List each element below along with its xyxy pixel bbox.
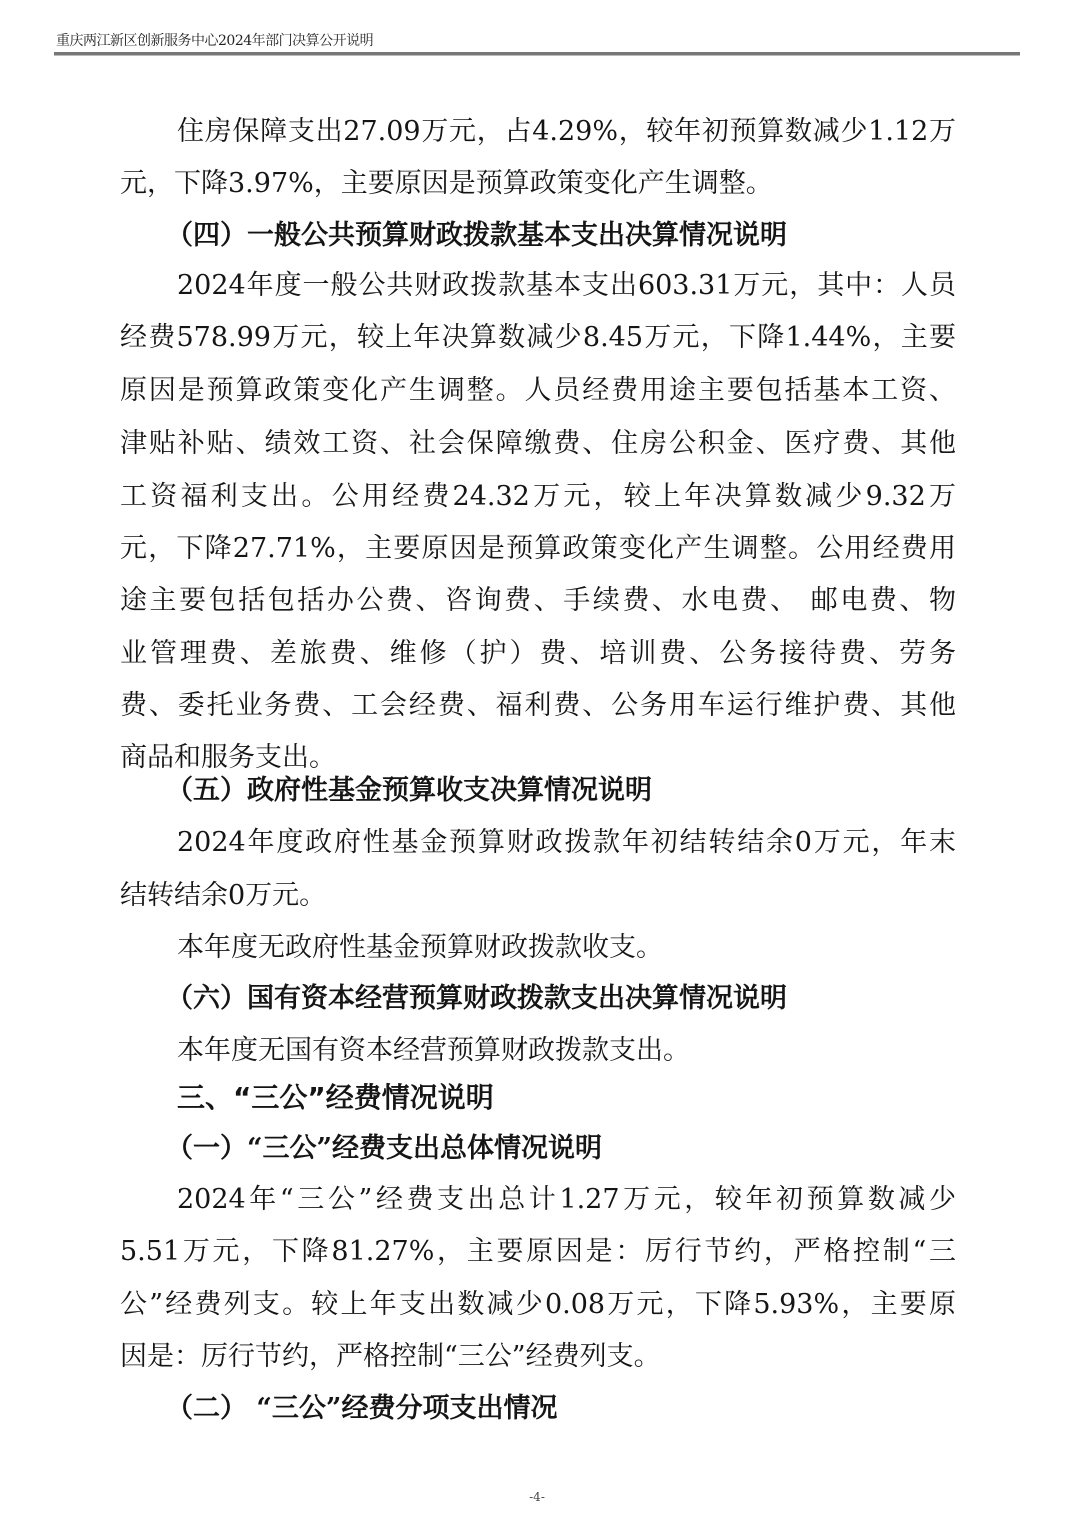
paragraph-first-line: 2024年度一般公共财政拨款基本支出603.31万元，其中：人员 (177, 270, 956, 302)
paragraph-first-line: 2024年度政府性基金预算财政拨款年初结转结余0万元，年末 (177, 827, 956, 859)
subsection-heading: （五）政府性基金预算收支决算情况说明 (166, 775, 1006, 807)
subsection-heading: （六）国有资本经营预算财政拨款支出决算情况说明 (166, 983, 1006, 1015)
header-title: 重庆两江新区创新服务中心2024年部门决算公开说明 (56, 30, 373, 50)
text-line: 结转结余0万元。 (120, 880, 960, 912)
page-number: -4- (0, 1490, 1074, 1504)
paragraph-first-line: 本年度无政府性基金预算财政拨款收支。 (177, 932, 956, 964)
text-line: 5.51万元，下降81.27%，主要原因是：厉行节约，严格控制“三 (120, 1236, 956, 1268)
subsection-heading: （二） “三公”经费分项支出情况 (166, 1393, 1006, 1425)
paragraph-first-line: 住房保障支出27.09万元，占4.29%，较年初预算数减少1.12万 (177, 116, 956, 148)
text-line: 公”经费列支。较上年支出数减少0.08万元，下降5.93%，主要原 (120, 1289, 956, 1321)
paragraph-first-line: 2024年“三公”经费支出总计1.27万元，较年初预算数减少 (177, 1184, 956, 1216)
text-line: 经费578.99万元，较上年决算数减少8.45万元，下降1.44%，主要 (120, 322, 956, 354)
text-line: 元，下降3.97%，主要原因是预算政策变化产生调整。 (120, 168, 960, 200)
text-line: 元，下降27.71%，主要原因是预算政策变化产生调整。公用经费用 (120, 533, 956, 565)
section-heading: 三、“三公”经费情况说明 (177, 1082, 1017, 1114)
text-line: 途主要包括包括办公费、咨询费、手续费、水电费、 邮电费、物 (120, 585, 956, 617)
text-line: 津贴补贴、绩效工资、社会保障缴费、住房公积金、医疗费、其他 (120, 428, 956, 460)
text-line: 费、委托业务费、工会经费、福利费、公务用车运行维护费、其他 (120, 690, 956, 722)
text-line: 原因是预算政策变化产生调整。人员经费用途主要包括基本工资、 (120, 375, 956, 407)
header-divider (54, 52, 1020, 56)
text-line: 业管理费、差旅费、维修（护）费、培训费、公务接待费、劳务 (120, 638, 956, 670)
text-line: 因是：厉行节约，严格控制“三公”经费列支。 (120, 1341, 960, 1373)
text-line: 商品和服务支出。 (120, 742, 960, 774)
subsection-heading: （四）一般公共预算财政拨款基本支出决算情况说明 (166, 220, 1006, 252)
text-line: 工资福利支出。公用经费24.32万元，较上年决算数减少9.32万 (120, 481, 956, 513)
subsection-heading: （一）“三公”经费支出总体情况说明 (166, 1133, 1006, 1165)
paragraph-first-line: 本年度无国有资本经营预算财政拨款支出。 (177, 1035, 956, 1067)
